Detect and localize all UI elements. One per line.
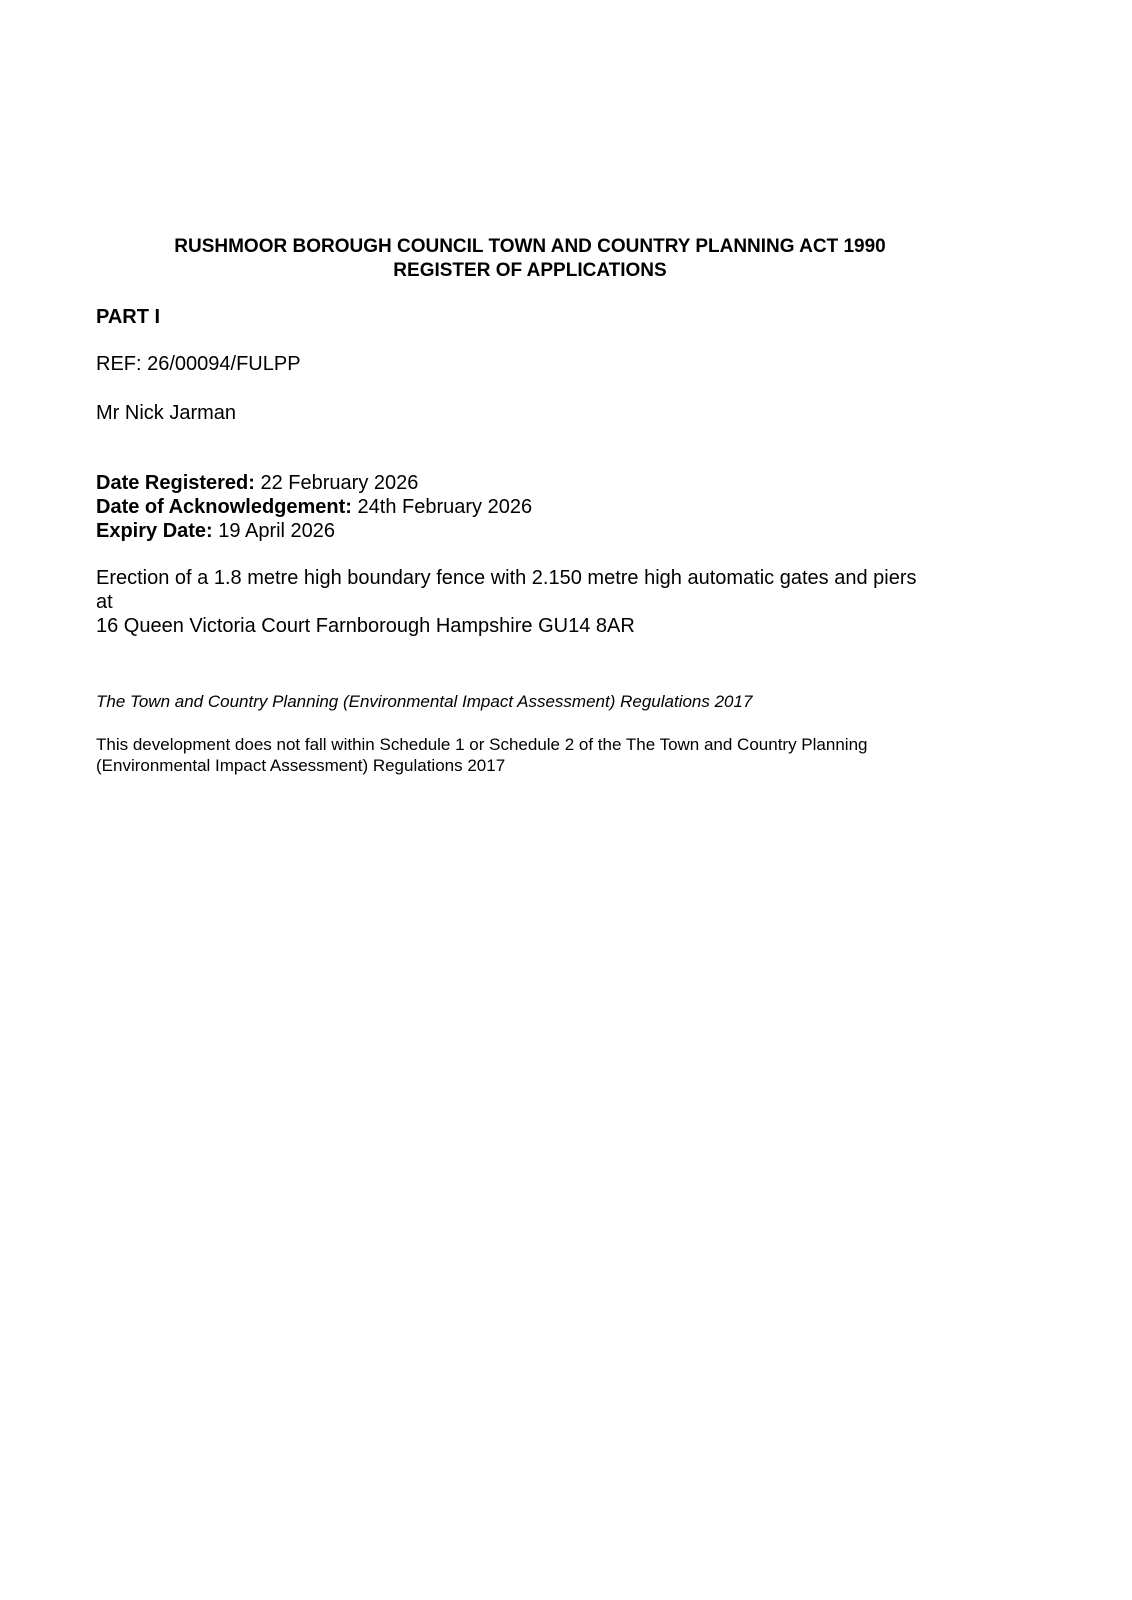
proposal-text-continued: at — [96, 590, 966, 614]
expiry-date-row: Expiry Date: 19 April 2026 — [96, 519, 532, 543]
date-registered-label: Date Registered: — [96, 472, 255, 494]
eia-statement-line: (Environmental Impact Assessment) Regula… — [96, 755, 976, 776]
application-dates: Date Registered: 22 February 2026 Date o… — [96, 471, 532, 543]
applicant-name: Mr Nick Jarman — [96, 401, 236, 425]
date-registered-value: 22 February 2026 — [255, 472, 418, 494]
expiry-date-value: 19 April 2026 — [213, 520, 335, 542]
document-page: RUSHMOOR BOROUGH COUNCIL TOWN AND COUNTR… — [0, 0, 1132, 1600]
date-acknowledgement-label: Date of Acknowledgement: — [96, 496, 352, 518]
expiry-date-label: Expiry Date: — [96, 520, 213, 542]
proposal-text: Erection of a 1.8 metre high boundary fe… — [96, 566, 966, 590]
part-heading: PART I — [96, 305, 160, 329]
document-title: RUSHMOOR BOROUGH COUNCIL TOWN AND COUNTR… — [96, 235, 964, 258]
application-reference: REF: 26/00094/FULPP — [96, 352, 301, 376]
eia-statement-line: This development does not fall within Sc… — [96, 734, 976, 755]
document-subtitle: REGISTER OF APPLICATIONS — [96, 259, 964, 282]
date-acknowledgement-row: Date of Acknowledgement: 24th February 2… — [96, 495, 532, 519]
site-address: 16 Queen Victoria Court Farnborough Hamp… — [96, 614, 966, 638]
date-registered-row: Date Registered: 22 February 2026 — [96, 471, 532, 495]
eia-regulations-heading: The Town and Country Planning (Environme… — [96, 691, 752, 712]
proposal-description: Erection of a 1.8 metre high boundary fe… — [96, 566, 966, 638]
date-acknowledgement-value: 24th February 2026 — [352, 496, 532, 518]
eia-statement: This development does not fall within Sc… — [96, 734, 976, 776]
